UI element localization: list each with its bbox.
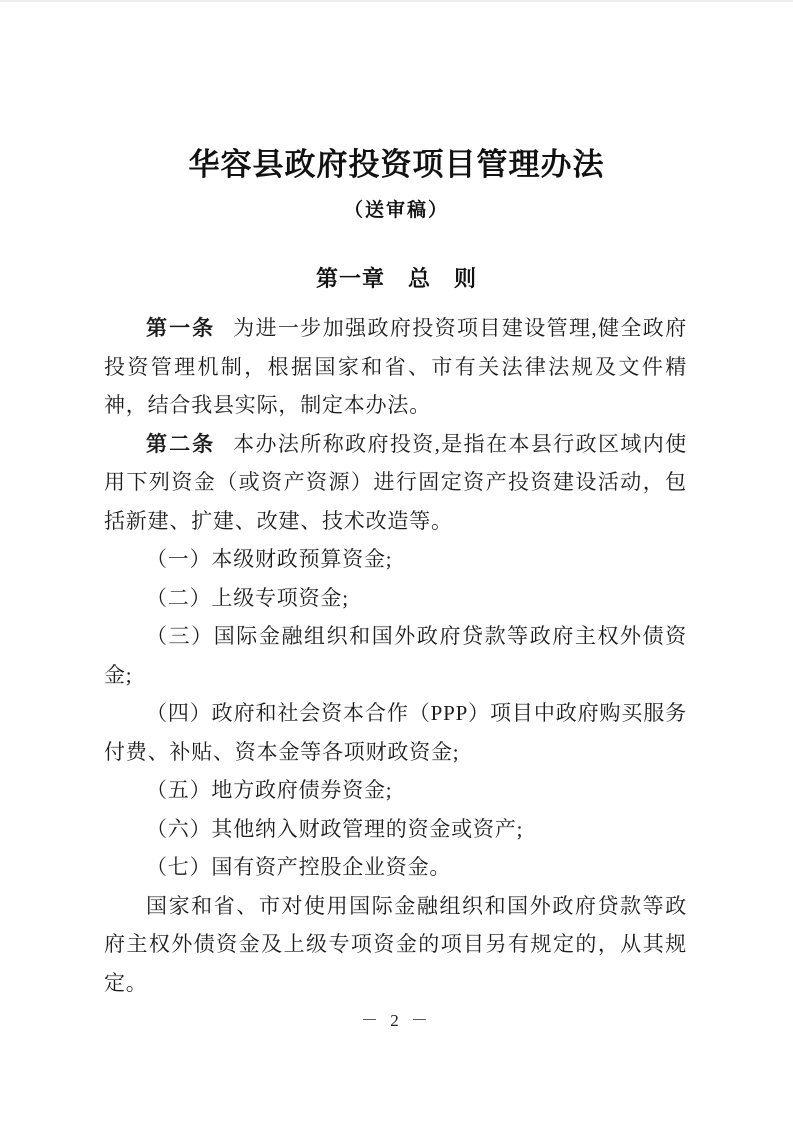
document-title: 华容县政府投资项目管理办法 <box>0 0 793 186</box>
paragraph-text: （六）其他纳入财政管理的资金或资产; <box>146 817 523 841</box>
paragraph-text: （七）国有资产控股企业资金。 <box>146 855 451 879</box>
document-body: 第一条为进一步加强政府投资项目建设管理,健全政府投资管理机制，根据国家和省、市有… <box>0 309 793 1002</box>
chapter-heading: 第一章 总 则 <box>0 262 793 293</box>
article-number: 第一条 <box>146 316 215 340</box>
paragraph: （七）国有资产控股企业资金。 <box>104 848 687 887</box>
paragraph: （四）政府和社会资本合作（PPP）项目中政府购买服务付费、补贴、资本金等各项财政… <box>104 694 687 771</box>
paragraph-text: 国家和省、市对使用国际金融组织和国外政府贷款等政府主权外债资金及上级专项资金的项… <box>104 894 687 995</box>
paragraph-text: （五）地方政府债券资金; <box>146 778 392 802</box>
page-number: － 2 － <box>0 1006 793 1031</box>
paragraph: （一）本级财政预算资金; <box>104 540 687 579</box>
paragraph-text: （四）政府和社会资本合作（PPP）项目中政府购买服务付费、补贴、资本金等各项财政… <box>104 701 687 764</box>
document-page: 华容县政府投资项目管理办法 （送审稿） 第一章 总 则 第一条为进一步加强政府投… <box>0 0 793 1122</box>
paragraph-text: （二）上级专项资金; <box>146 586 349 610</box>
paragraph: 第二条本办法所称政府投资,是指在本县行政区域内使用下列资金（或资产资源）进行固定… <box>104 425 687 541</box>
article-number: 第二条 <box>146 432 215 456</box>
paragraph: 国家和省、市对使用国际金融组织和国外政府贷款等政府主权外债资金及上级专项资金的项… <box>104 887 687 1003</box>
paragraph: （五）地方政府债券资金; <box>104 771 687 810</box>
paragraph-text: （一）本级财政预算资金; <box>146 547 392 571</box>
document-subtitle: （送审稿） <box>0 195 793 222</box>
paragraph: 第一条为进一步加强政府投资项目建设管理,健全政府投资管理机制，根据国家和省、市有… <box>104 309 687 425</box>
paragraph: （六）其他纳入财政管理的资金或资产; <box>104 810 687 849</box>
page-top-edge <box>0 0 793 2</box>
paragraph-text: （三）国际金融组织和国外政府贷款等政府主权外债资金; <box>104 624 687 687</box>
paragraph: （三）国际金融组织和国外政府贷款等政府主权外债资金; <box>104 617 687 694</box>
paragraph: （二）上级专项资金; <box>104 579 687 618</box>
